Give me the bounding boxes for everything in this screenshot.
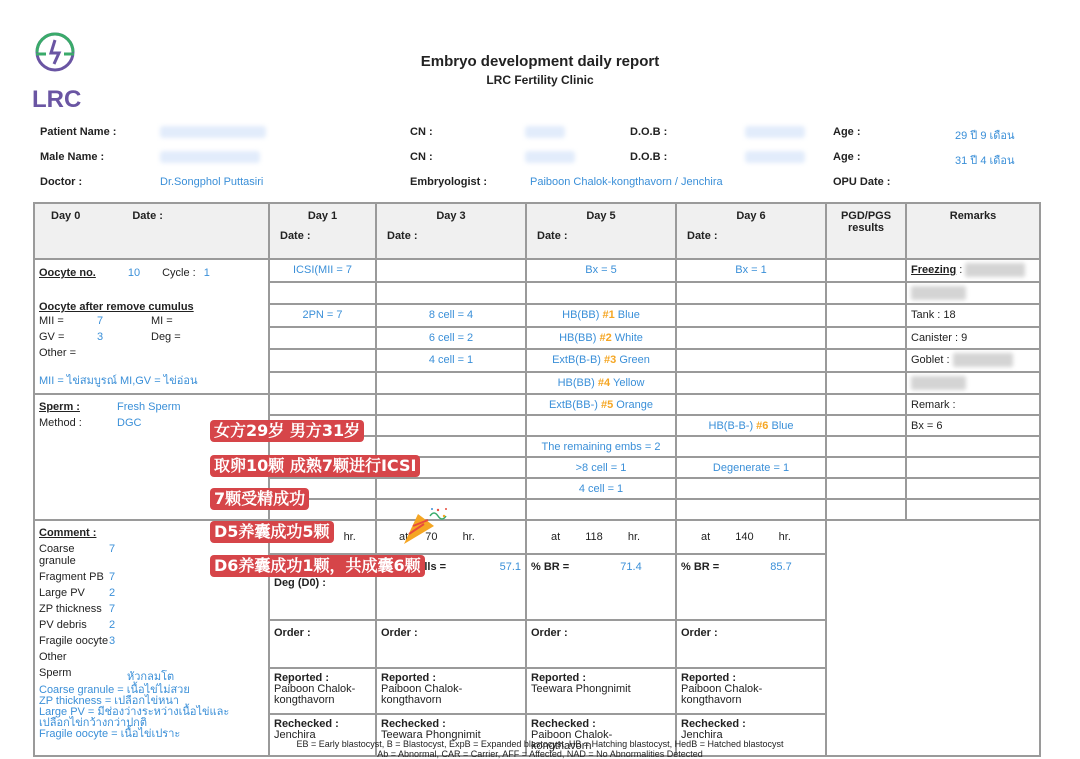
annotation-tag: D6养囊成功1颗，共成囊6颗 <box>210 555 425 577</box>
patient-name-label: Patient Name : <box>40 126 116 138</box>
day3-cell <box>376 282 526 305</box>
day5-cell: HB(BB) #1 Blue <box>526 304 676 327</box>
day5-header: Day 5 Date : <box>526 203 676 259</box>
day3-timing: at 70 hr. <box>376 520 526 554</box>
pgd-cell <box>826 372 906 395</box>
female-dob-label: D.O.B : <box>630 126 667 138</box>
sperm-label: Sperm : <box>39 401 117 413</box>
day6-header: Day 6 Date : <box>676 203 826 259</box>
reported-block: Reported : Paiboon Chalok-kongthavorn <box>270 669 375 715</box>
remarks-cell <box>906 282 1040 305</box>
reported-block: Reported : Paiboon Chalok-kongthavorn <box>377 669 525 715</box>
day1-cell <box>269 282 376 305</box>
day0-label: Day 0 <box>51 210 80 222</box>
goblet-label: Goblet : <box>911 354 950 366</box>
day0-header: Day 0 Date : <box>34 203 269 259</box>
reported-by: Paiboon Chalok-kongthavorn <box>274 684 371 706</box>
remarks-cell: Goblet : <box>906 349 1040 372</box>
observation-row: Oocyte no. 10 Cycle : 1 Oocyte after rem… <box>34 259 1040 282</box>
order-cell: Order : <box>376 620 526 668</box>
remarks-cell: Remark : <box>906 394 1040 415</box>
day5-cell <box>526 415 676 436</box>
mii-value: 7 <box>97 315 151 327</box>
cycle-label: Cycle : <box>162 267 196 279</box>
day1-cell <box>269 349 376 372</box>
tank-value: Tank : 18 <box>911 309 956 321</box>
female-age-label: Age : <box>833 126 861 138</box>
day3-cell <box>376 372 526 395</box>
day6-cell: Bx = 1 <box>676 259 826 282</box>
day1-date-label: Date : <box>274 230 371 242</box>
day5-timing: at 118 hr. <box>526 520 676 554</box>
male-cn-label: CN : <box>410 151 433 163</box>
day6-cell <box>676 282 826 305</box>
party-popper-icon <box>400 506 450 546</box>
patient-name-value <box>160 126 266 141</box>
day3-date-label: Date : <box>381 230 521 242</box>
male-name-label: Male Name : <box>40 151 104 163</box>
remark-label: Remark : <box>911 399 956 411</box>
day5-label: Day 5 <box>531 210 671 222</box>
day5-cell: HB(BB) #2 White <box>526 327 676 350</box>
day1-cell <box>269 372 376 395</box>
day5-cell: 4 cell = 1 <box>526 478 676 499</box>
day1-cell <box>269 327 376 350</box>
reported-by: Teewara Phongnimit <box>531 684 671 695</box>
oocyte-no-label: Oocyte no. <box>39 267 96 279</box>
method-label: Method : <box>39 417 117 429</box>
day5-cell <box>526 282 676 305</box>
remarks-cell <box>906 457 1040 478</box>
timing-row: Comment : Coarse granule 7 Fragment PB 7… <box>34 520 1040 554</box>
male-age-value: 31 ปี 4 เดือน <box>955 151 1015 169</box>
day3-header: Day 3 Date : <box>376 203 526 259</box>
oocyte-no-value: 10 <box>128 267 140 279</box>
day6-cell: Degenerate = 1 <box>676 457 826 478</box>
pgd-cell <box>826 282 906 305</box>
footer-legend: EB = Early blastocyst, B = Blastocyst, E… <box>0 739 1080 759</box>
reported-by: Paiboon Chalok-kongthavorn <box>681 684 821 706</box>
pgd-cell <box>826 349 906 372</box>
day6-cell: HB(B-B-) #6 Blue <box>676 415 826 436</box>
comment-item: Large PV 2 <box>39 587 264 599</box>
reported-block: Reported : Teewara Phongnimit <box>527 669 675 715</box>
remarks-cell: Bx = 6 <box>906 415 1040 436</box>
pgd-cell <box>826 499 906 520</box>
day3-cell: 6 cell = 2 <box>376 327 526 350</box>
remarks-cell: Canister : 9 <box>906 327 1040 350</box>
day6-cell <box>676 372 826 395</box>
remarks-cell <box>906 436 1040 457</box>
embryo-table: Day 0 Date : Day 1 Date : Day 3 Date : D… <box>33 202 1041 757</box>
day5-cell: The remaining embs = 2 <box>526 436 676 457</box>
female-cn-value <box>525 126 565 141</box>
pgd-cell <box>826 436 906 457</box>
opu-date-label: OPU Date : <box>833 176 890 188</box>
order-cell: Order : <box>676 620 826 668</box>
day1-label: Day 1 <box>274 210 371 222</box>
doctor-label: Doctor : <box>40 176 82 188</box>
day5-cell: ExtB(B-B) #3 Green <box>526 349 676 372</box>
day5-stats: % BR = 71.4 <box>526 554 676 620</box>
footer-line-1: EB = Early blastocyst, B = Blastocyst, E… <box>0 739 1080 749</box>
annotation-tag: D5养囊成功5颗 <box>210 521 334 543</box>
day6-date-label: Date : <box>681 230 821 242</box>
cycle-value: 1 <box>204 267 210 279</box>
day6-cell <box>676 394 826 415</box>
day5-cell: HB(BB) #4 Yellow <box>526 372 676 395</box>
day6-cell <box>676 304 826 327</box>
day5-date-label: Date : <box>531 230 671 242</box>
logo-text: LRC <box>32 86 81 114</box>
day3-cell <box>376 478 526 499</box>
report-title: Embryo development daily report <box>0 53 1080 70</box>
pgd-cell <box>826 415 906 436</box>
embryologist-value: Paiboon Chalok-kongthavorn / Jenchira <box>530 176 723 188</box>
deg-label: Deg = <box>151 331 181 343</box>
day5-cell: >8 cell = 1 <box>526 457 676 478</box>
male-dob-label: D.O.B : <box>630 151 667 163</box>
day6-cell <box>676 436 826 457</box>
mi-label: MI = <box>151 315 173 327</box>
remarks-cell: Tank : 18 <box>906 304 1040 327</box>
day3-cell <box>376 259 526 282</box>
clinic-name: LRC Fertility Clinic <box>0 73 1080 87</box>
day6-cell <box>676 327 826 350</box>
day3-cell <box>376 394 526 415</box>
day1-cell: ICSI(MII = 7 <box>269 259 376 282</box>
mii-label: MII = <box>39 315 97 327</box>
after-cumulus-label: Oocyte after remove cumulus <box>39 301 264 313</box>
female-age-value: 29 ปี 9 เดือน <box>955 126 1015 144</box>
method-value: DGC <box>117 417 141 429</box>
reported-by: Paiboon Chalok-kongthavorn <box>381 684 521 706</box>
day0-date-label: Date : <box>132 210 163 222</box>
freezing-label: Freezing <box>911 264 956 276</box>
pgd-cell <box>826 327 906 350</box>
remarks-cell: Freezing : <box>906 259 1040 282</box>
day5-cell: Bx = 5 <box>526 259 676 282</box>
day6-label: Day 6 <box>681 210 821 222</box>
order-cell: Order : <box>526 620 676 668</box>
day3-cell <box>376 415 526 436</box>
male-cn-value <box>525 151 575 166</box>
annotation-tag: 女方29岁 男方31岁 <box>210 420 364 442</box>
day5-cell <box>526 499 676 520</box>
male-age-label: Age : <box>833 151 861 163</box>
male-name-value <box>160 151 260 166</box>
male-dob-value <box>745 151 805 166</box>
day3-cell: 4 cell = 1 <box>376 349 526 372</box>
gv-value: 3 <box>97 331 151 343</box>
sperm-value: Fresh Sperm <box>117 401 181 413</box>
table-header-row: Day 0 Date : Day 1 Date : Day 3 Date : D… <box>34 203 1040 259</box>
remarks-cell <box>906 499 1040 520</box>
annotation-tag: 取卵10颗 成熟7颗进行ICSI <box>210 455 420 477</box>
day1-cell: 2PN = 7 <box>269 304 376 327</box>
day3-cell <box>376 499 526 520</box>
embryologist-label: Embryologist : <box>410 176 487 188</box>
female-dob-value <box>745 126 805 141</box>
day6-cell <box>676 349 826 372</box>
day1-cell <box>269 394 376 415</box>
canister-value: Canister : 9 <box>911 332 967 344</box>
footer-line-2: Ab = Abnormal, CAR = Carrier, AFF = Affe… <box>0 749 1080 759</box>
day6-timing: at 140 hr. <box>676 520 826 554</box>
day5-cell: ExtB(BB-) #5 Orange <box>526 394 676 415</box>
gv-label: GV = <box>39 331 97 343</box>
comment-item: Other <box>39 651 264 663</box>
comment-legend-line: Large PV = มีช่องว่างระหว่างเนื้อไข่และเ… <box>39 707 259 729</box>
day6-cell <box>676 499 826 520</box>
day3-cell <box>376 436 526 457</box>
pgd-label: PGD/PGS results <box>831 210 901 234</box>
order-cell: Order : <box>269 620 376 668</box>
pgd-cell <box>826 394 906 415</box>
comment-item: Fragile oocyte 3 <box>39 635 264 647</box>
annotation-tag: 7颗受精成功 <box>210 488 309 510</box>
pgd-cell <box>826 259 906 282</box>
pgd-cell <box>826 478 906 499</box>
reported-block: Reported : Paiboon Chalok-kongthavorn <box>677 669 825 715</box>
empty-lower-right <box>826 520 1040 756</box>
female-cn-label: CN : <box>410 126 433 138</box>
remarks-cell <box>906 372 1040 395</box>
oocyte-cell: Oocyte no. 10 Cycle : 1 Oocyte after rem… <box>34 259 269 394</box>
remarks-label: Remarks <box>911 210 1035 222</box>
day6-cell <box>676 478 826 499</box>
remarks-cell <box>906 478 1040 499</box>
comment-item: Sperm หัวกลมโต <box>39 667 264 685</box>
pgd-header: PGD/PGS results <box>826 203 906 259</box>
pgd-cell <box>826 304 906 327</box>
doctor-value: Dr.Songphol Puttasiri <box>160 176 263 188</box>
comment-item: PV debris 2 <box>39 619 264 631</box>
day1-header: Day 1 Date : <box>269 203 376 259</box>
bx-total: Bx = 6 <box>911 420 943 432</box>
day3-label: Day 3 <box>381 210 521 222</box>
pgd-cell <box>826 457 906 478</box>
other-label: Other = <box>39 347 264 359</box>
day3-cell: 8 cell = 4 <box>376 304 526 327</box>
observation-row: Sperm :Fresh Sperm Method :DGC ExtB(BB-)… <box>34 394 1040 415</box>
maturity-legend: MII = ไข่สมบูรณ์ MI,GV = ไข่อ่อน <box>39 371 264 389</box>
comment-item: ZP thickness 7 <box>39 603 264 615</box>
day6-stats: % BR = 85.7 <box>676 554 826 620</box>
remarks-header: Remarks <box>906 203 1040 259</box>
